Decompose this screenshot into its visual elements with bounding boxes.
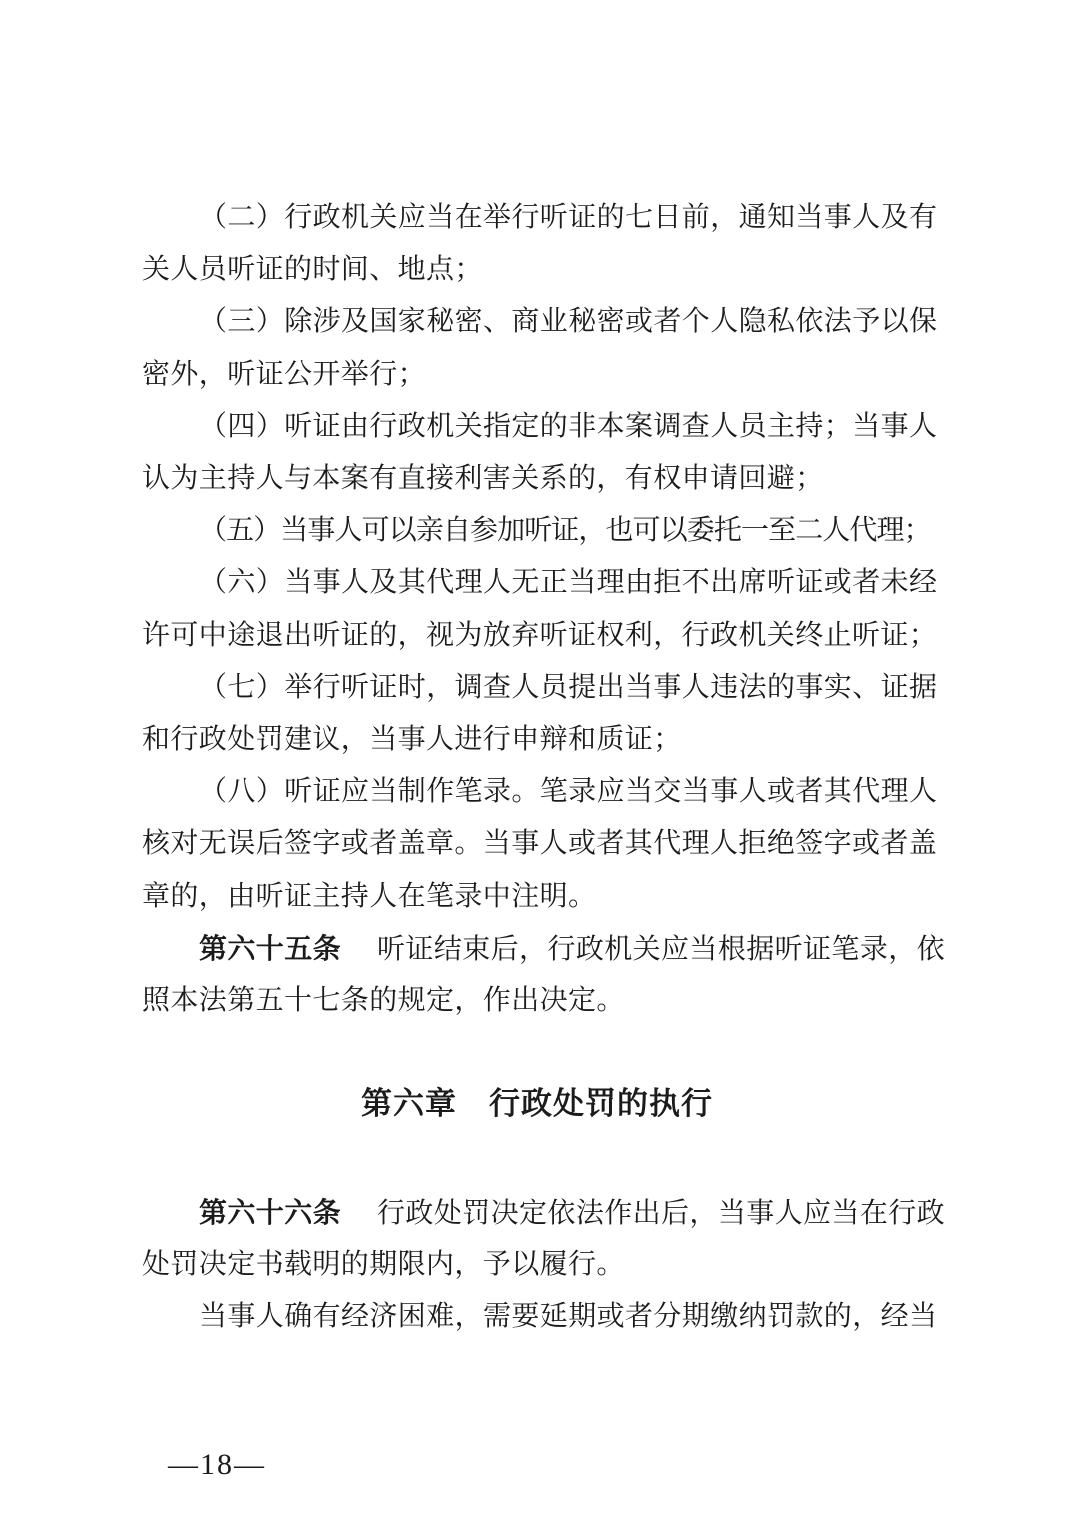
text-line: （六）当事人及其代理人无正当理由拒不出席听证或者未经 bbox=[142, 567, 999, 599]
document-page: （二）行政机关应当在举行听证的七日前，通知当事人及有 关人员听证的时间、地点； … bbox=[0, 0, 1074, 1520]
line-text: 照本法第五十七条的规定，作出决定。 bbox=[142, 985, 625, 1016]
text-line: 第六十六条行政处罚决定依法作出后，当事人应当在行政 bbox=[142, 1197, 999, 1230]
text-line: 照本法第五十七条的规定，作出决定。 bbox=[142, 985, 942, 1017]
article-number: 第六十六条 bbox=[199, 1197, 341, 1228]
text-line: 认为主持人与本案有直接利害关系的，有权申请回避； bbox=[142, 463, 942, 495]
text-line: （三）除涉及国家秘密、商业秘密或者个人隐私依法予以保 bbox=[142, 306, 999, 338]
line-text: 当事人确有经济困难，需要延期或者分期缴纳罚款的，经当 bbox=[199, 1301, 937, 1332]
chapter-heading: 第六章 行政处罚的执行 bbox=[0, 1085, 1074, 1122]
line-text: （七）举行听证时，调查人员提出当事人违法的事实、证据 bbox=[199, 672, 937, 703]
text-line: 关人员听证的时间、地点； bbox=[142, 254, 942, 286]
text-line: （八）听证应当制作笔录。笔录应当交当事人或者其代理人 bbox=[142, 776, 999, 808]
page-number: —18— bbox=[168, 1448, 266, 1482]
line-text: （六）当事人及其代理人无正当理由拒不出席听证或者未经 bbox=[199, 567, 937, 598]
line-text: 核对无误后签字或者盖章。当事人或者其代理人拒绝签字或者盖 bbox=[142, 828, 937, 859]
line-text: 章的，由听证主持人在笔录中注明。 bbox=[142, 881, 596, 912]
text-line: （二）行政机关应当在举行听证的七日前，通知当事人及有 bbox=[142, 202, 999, 234]
line-text: 关人员听证的时间、地点； bbox=[142, 254, 483, 285]
article-number: 第六十五条 bbox=[199, 933, 341, 964]
line-text: 许可中途退出听证的，视为放弃听证权利，行政机关终止听证； bbox=[142, 620, 937, 651]
text-line: （五）当事人可以亲自参加听证，也可以委托一至二人代理； bbox=[142, 515, 999, 547]
line-text: 听证结束后，行政机关应当根据听证笔录，依 bbox=[377, 934, 945, 965]
line-text: 行政处罚决定依法作出后，当事人应当在行政 bbox=[377, 1198, 945, 1229]
line-text: （八）听证应当制作笔录。笔录应当交当事人或者其代理人 bbox=[199, 776, 937, 807]
text-line: 当事人确有经济困难，需要延期或者分期缴纳罚款的，经当 bbox=[142, 1301, 999, 1333]
line-text: （三）除涉及国家秘密、商业秘密或者个人隐私依法予以保 bbox=[199, 306, 937, 337]
text-line: 许可中途退出听证的，视为放弃听证权利，行政机关终止听证； bbox=[142, 620, 942, 652]
line-text: 和行政处罚建议，当事人进行申辩和质证； bbox=[142, 724, 682, 755]
text-line: 处罚决定书载明的期限内，予以履行。 bbox=[142, 1249, 942, 1281]
text-line: 核对无误后签字或者盖章。当事人或者其代理人拒绝签字或者盖 bbox=[142, 828, 942, 860]
text-line: （七）举行听证时，调查人员提出当事人违法的事实、证据 bbox=[142, 672, 999, 704]
line-text: （四）听证由行政机关指定的非本案调查人员主持；当事人 bbox=[199, 411, 937, 442]
line-text: 密外，听证公开举行； bbox=[142, 359, 426, 390]
line-text: 认为主持人与本案有直接利害关系的，有权申请回避； bbox=[142, 463, 824, 494]
text-line: 和行政处罚建议，当事人进行申辩和质证； bbox=[142, 724, 942, 756]
text-line: 章的，由听证主持人在笔录中注明。 bbox=[142, 881, 942, 913]
text-line: 第六十五条听证结束后，行政机关应当根据听证笔录，依 bbox=[142, 933, 999, 966]
line-text: （五）当事人可以亲自参加听证，也可以委托一至二人代理； bbox=[199, 515, 931, 546]
text-line: （四）听证由行政机关指定的非本案调查人员主持；当事人 bbox=[142, 411, 999, 443]
line-text: （二）行政机关应当在举行听证的七日前，通知当事人及有 bbox=[199, 202, 937, 233]
text-line: 密外，听证公开举行； bbox=[142, 359, 942, 391]
line-text: 处罚决定书载明的期限内，予以履行。 bbox=[142, 1249, 625, 1280]
